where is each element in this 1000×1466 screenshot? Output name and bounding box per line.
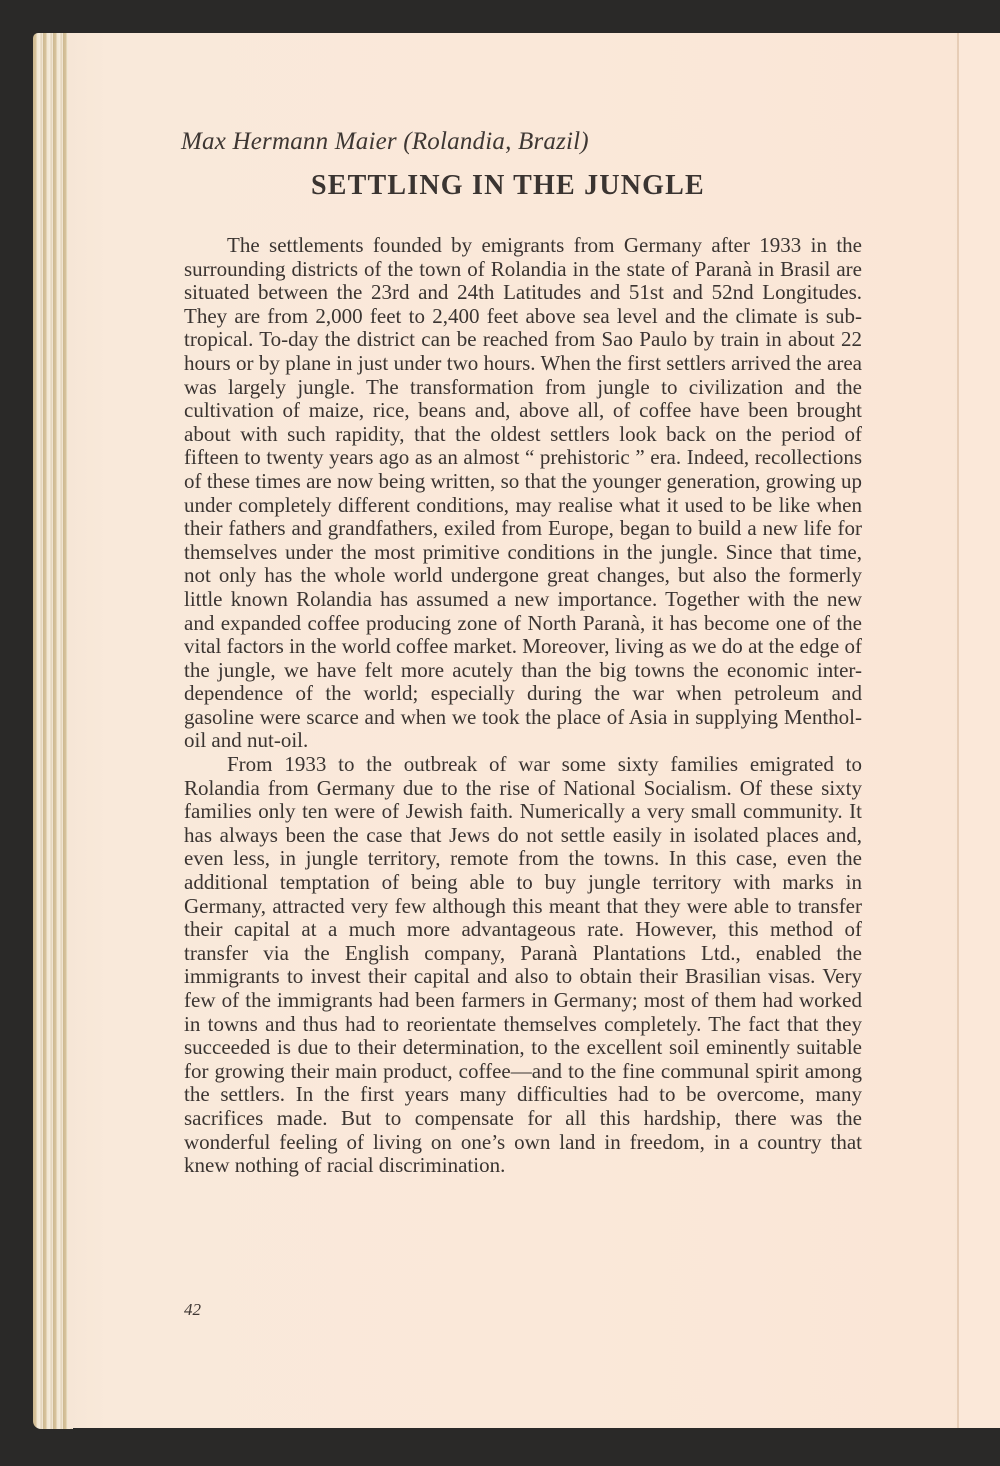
paragraph-1: The settlements founded by emigrants fro…: [184, 234, 862, 753]
paragraph-2: From 1933 to the outbreak of war some si…: [184, 753, 862, 1178]
page-edges-stack: [33, 33, 73, 1429]
adjacent-page-edge: [959, 33, 1000, 1428]
article-body: The settlements founded by emigrants fro…: [184, 234, 862, 1178]
article-title: SETTLING IN THE JUNGLE: [311, 170, 705, 202]
page-number: 42: [184, 1300, 201, 1320]
author-line: Max Hermann Maier (Rolandia, Brazil): [181, 128, 589, 156]
